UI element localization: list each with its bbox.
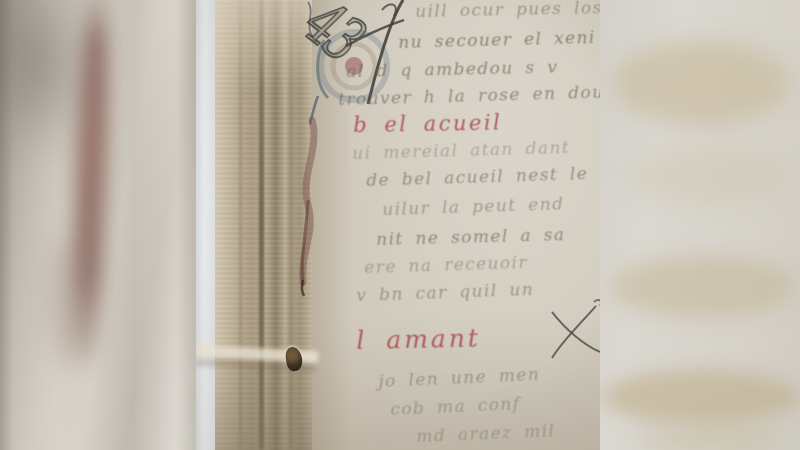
ghost-text-blob: [602, 370, 800, 424]
red-flourish-tip: [302, 280, 304, 296]
ghost-text-blob: [614, 40, 790, 126]
manuscript-page-photo: uill ocur pues los ue nu secouer el xeni…: [196, 0, 600, 450]
ghost-text-blob: [610, 256, 796, 318]
rubric-bel-acueil: b el acueil: [353, 110, 503, 137]
manuscript-text-line: uill ocur pues los ue: [415, 0, 600, 22]
reader-x-mark: [552, 312, 600, 352]
manuscript-photograph: uill ocur pues los ue nu secouer el xeni…: [0, 0, 800, 450]
ghost-text-blob: [628, 148, 790, 204]
reader-x-mark-hook: [594, 300, 600, 306]
ghost-text-blob: [638, 426, 780, 450]
blurred-left-fill: [0, 0, 196, 450]
folio-mark-hook: [382, 4, 396, 16]
blurred-red-flourish-streak-lower: [52, 235, 96, 365]
rubric-l-amant: l amant: [356, 323, 481, 355]
reader-x-mark: [552, 306, 596, 358]
blurred-right-fill: [600, 0, 800, 450]
